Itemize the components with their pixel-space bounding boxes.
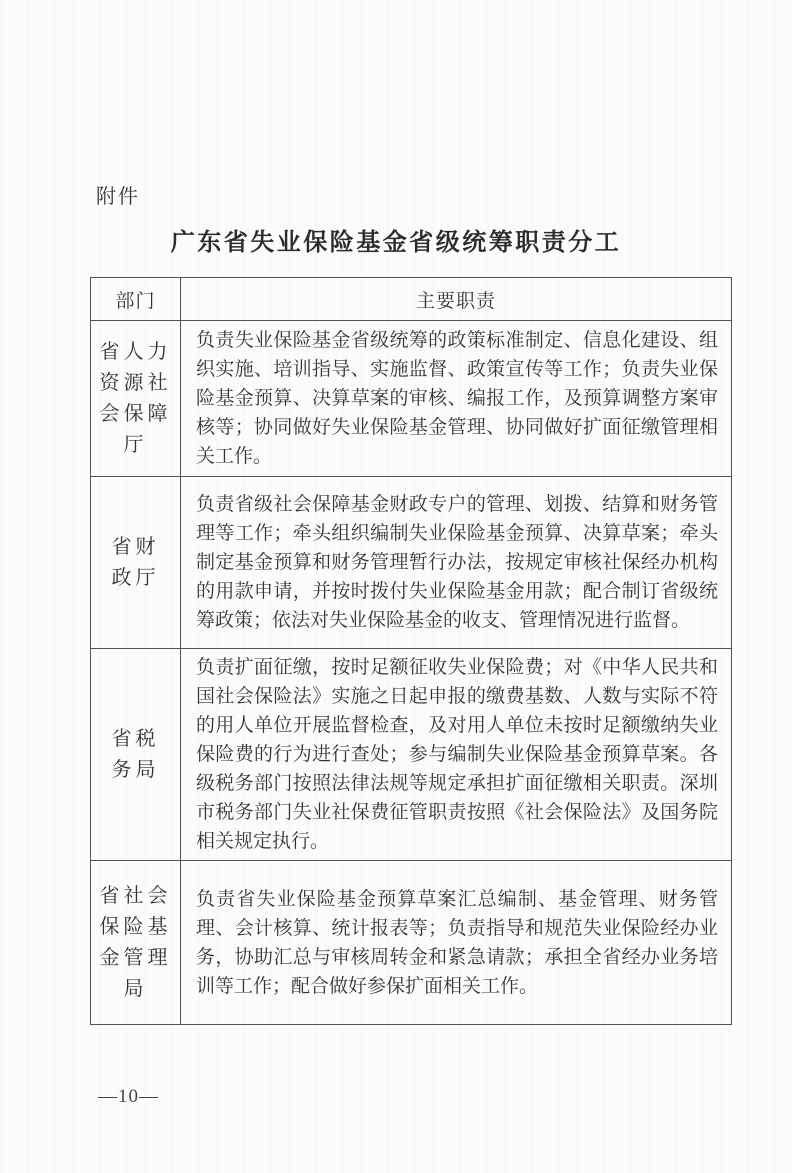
document-title: 广东省失业保险基金省级统筹职责分工 xyxy=(0,222,792,257)
duty-cell: 负责失业保险基金省级统筹的政策标准制定、信息化建设、组织实施、培训指导、实施监督… xyxy=(181,321,732,477)
department-cell: 省财 政厅 xyxy=(91,477,181,649)
responsibility-table: 部门 主要职责 省人力 资源社 会保障 厅 负责失业保险基金省级统筹的政策标准制… xyxy=(90,277,732,1025)
table-row: 省社会 保险基 金管理 局 负责省失业保险基金预算草案汇总编制、基金管理、财务管… xyxy=(91,861,732,1025)
duty-cell: 负责省失业保险基金预算草案汇总编制、基金管理、财务管理、会计核算、统计报表等；负… xyxy=(181,861,732,1025)
department-cell: 省社会 保险基 金管理 局 xyxy=(91,861,181,1025)
table-row: 省财 政厅 负责省级社会保障基金财政专户的管理、划拨、结算和财务管理等工作；牵头… xyxy=(91,477,732,649)
table-row: 省税 务局 负责扩面征缴，按时足额征收失业保险费；对《中华人民共和国社会保险法》… xyxy=(91,649,732,861)
duty-cell: 负责省级社会保障基金财政专户的管理、划拨、结算和财务管理等工作；牵头组织编制失业… xyxy=(181,477,732,649)
page-number: —10— xyxy=(98,1086,159,1108)
table-header-row: 部门 主要职责 xyxy=(91,278,732,321)
column-header-duty: 主要职责 xyxy=(181,278,732,321)
table-row: 省人力 资源社 会保障 厅 负责失业保险基金省级统筹的政策标准制定、信息化建设、… xyxy=(91,321,732,477)
duty-cell: 负责扩面征缴，按时足额征收失业保险费；对《中华人民共和国社会保险法》实施之日起申… xyxy=(181,649,732,861)
department-cell: 省税 务局 xyxy=(91,649,181,861)
column-header-department: 部门 xyxy=(91,278,181,321)
document-page: 附件 广东省失业保险基金省级统筹职责分工 部门 主要职责 省人力 资源社 会保障… xyxy=(0,0,792,1173)
department-cell: 省人力 资源社 会保障 厅 xyxy=(91,321,181,477)
attachment-label: 附件 xyxy=(96,180,140,209)
